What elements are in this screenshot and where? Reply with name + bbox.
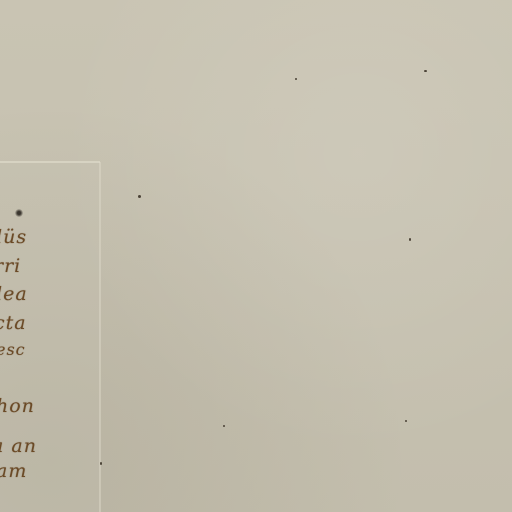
paper-speck bbox=[295, 78, 297, 80]
paper-speck bbox=[223, 425, 225, 427]
handwriting-line-6: hon bbox=[0, 395, 35, 417]
handwriting-line-2: rri bbox=[0, 255, 21, 277]
ink-blot bbox=[15, 209, 23, 217]
paper-speck bbox=[100, 462, 102, 465]
paper-speck bbox=[424, 70, 427, 72]
paper-speck bbox=[138, 195, 141, 198]
handwriting-line-7: a an bbox=[0, 435, 37, 457]
sheet-edge-vertical bbox=[99, 162, 101, 512]
handwriting-line-3: lea bbox=[0, 283, 28, 305]
paper-speck bbox=[409, 238, 411, 241]
handwriting-line-4: cta bbox=[0, 312, 27, 334]
paper-speck bbox=[405, 420, 407, 422]
handwriting-line-5: esc bbox=[0, 340, 26, 359]
sheet-edge-horizontal bbox=[0, 161, 100, 163]
handwriting-line-1: lüs bbox=[0, 226, 27, 248]
handwriting-line-8: am bbox=[0, 460, 27, 482]
